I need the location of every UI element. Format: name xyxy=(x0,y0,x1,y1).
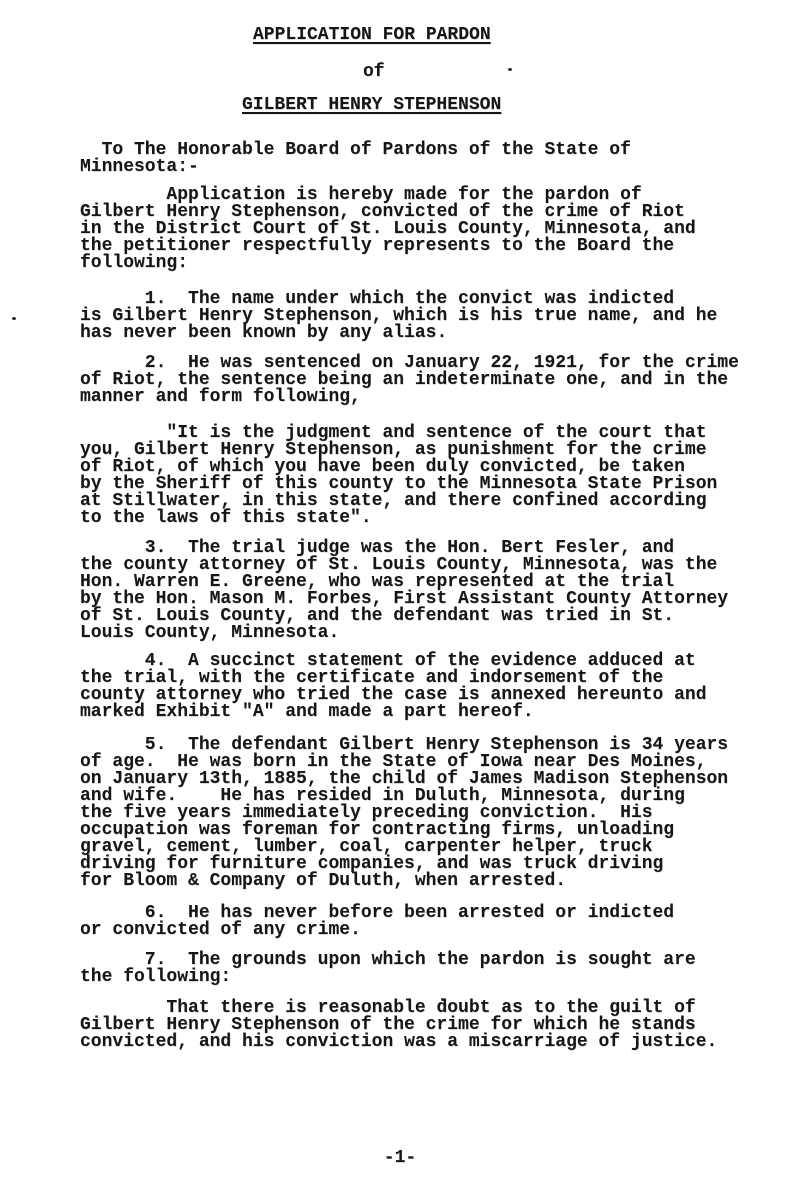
page-number: -1- xyxy=(0,1150,800,1167)
numbered-item-4: 4. A succinct statement of the evidence … xyxy=(80,653,707,721)
numbered-item-3: 3. The trial judge was the Hon. Bert Fes… xyxy=(80,540,728,642)
sentence-quote: "It is the judgment and sentence of the … xyxy=(80,425,717,527)
closing-paragraph: That there is reasonable doubt as to the… xyxy=(80,1000,717,1051)
intro-paragraph: Application is hereby made for the pardo… xyxy=(80,187,696,272)
scan-speck xyxy=(12,317,16,320)
salutation: To The Honorable Board of Pardons of the… xyxy=(80,142,631,176)
numbered-item-2: 2. He was sentenced on January 22, 1921,… xyxy=(80,355,739,406)
numbered-item-7: 7. The grounds upon which the pardon is … xyxy=(80,952,696,986)
numbered-item-1: 1. The name under which the convict was … xyxy=(80,291,717,342)
document-page: APPLICATION FOR PARDON of GILBERT HENRY … xyxy=(0,0,800,1191)
scan-speck xyxy=(508,68,512,71)
document-title-line1: APPLICATION FOR PARDON xyxy=(253,27,491,44)
scan-speck xyxy=(441,998,444,1001)
numbered-item-6: 6. He has never before been arrested or … xyxy=(80,905,674,939)
document-title-line3: GILBERT HENRY STEPHENSON xyxy=(242,97,501,114)
document-title-line2: of xyxy=(363,64,385,81)
numbered-item-5: 5. The defendant Gilbert Henry Stephenso… xyxy=(80,737,728,890)
